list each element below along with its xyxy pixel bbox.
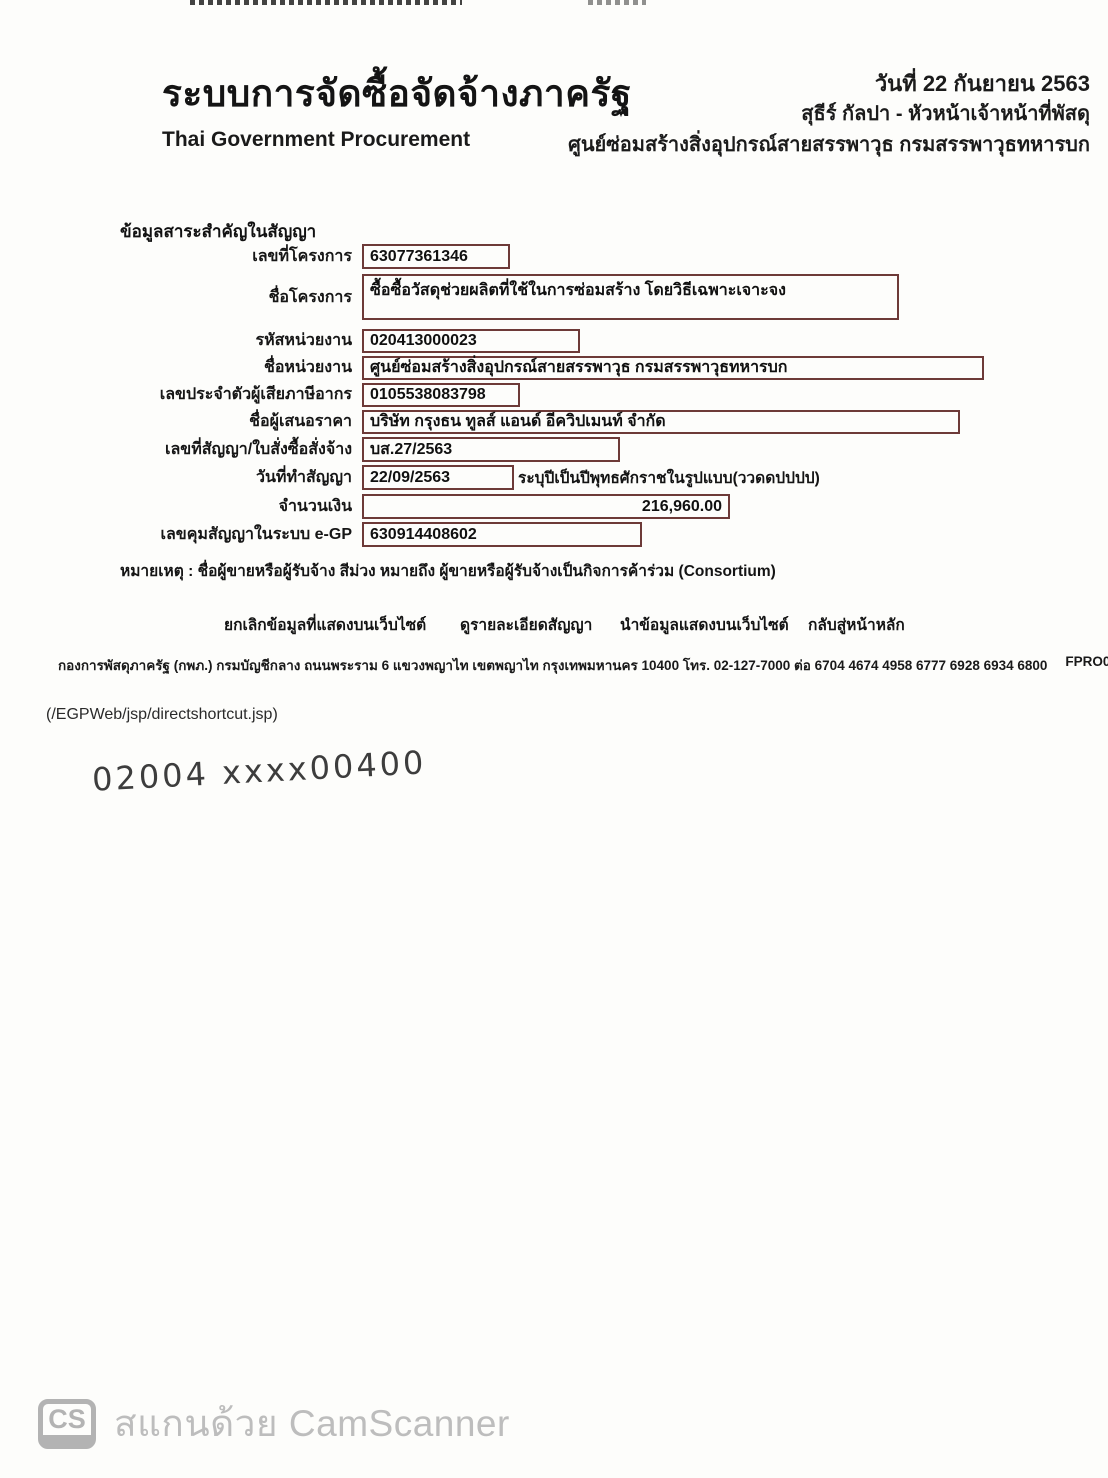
egp-control-number-field[interactable]: 630914408602 xyxy=(362,522,642,547)
camscanner-watermark: CS สแกนด้วย CamScanner xyxy=(38,1394,510,1453)
form-row-project-name: ชื่อโครงการ ซื้อซื้อวัสดุช่วยผลิตที่ใช้ใ… xyxy=(52,274,899,320)
bidder-name-field[interactable]: บริษัท กรุงธน ทูลส์ แอนด์ อีควิปเมนท์ จำ… xyxy=(362,410,960,434)
field-label: ชื่อโครงการ xyxy=(52,285,352,310)
document-date: วันที่ 22 กันยายน 2563 xyxy=(470,68,1090,99)
back-to-home-button[interactable]: กลับสู่หน้าหลัก xyxy=(808,612,905,637)
agency-code-field[interactable]: 020413000023 xyxy=(362,329,580,353)
field-label: ชื่อหน่วยงาน xyxy=(52,355,352,380)
field-label: วันที่ทำสัญญา xyxy=(52,465,352,490)
project-name-field[interactable]: ซื้อซื้อวัสดุช่วยผลิตที่ใช้ในการซ่อมสร้า… xyxy=(362,274,899,320)
form-row-bidder-name: ชื่อผู้เสนอราคา บริษัท กรุงธน ทูลส์ แอนด… xyxy=(52,409,960,434)
field-value: 0105538083798 xyxy=(370,386,486,404)
field-label: เลขที่สัญญา/ใบสั่งซื้อสั่งจ้าง xyxy=(52,437,352,462)
form-row-tax-id: เลขประจำตัวผู้เสียภาษีอากร 0105538083798 xyxy=(52,382,520,407)
note-suffix: หมายถึง ผู้ขายหรือผู้รับจ้างเป็นกิจการค้… xyxy=(376,563,776,580)
form-row-agency-code: รหัสหน่วยงาน 020413000023 xyxy=(52,328,580,353)
field-label: ชื่อผู้เสนอราคา xyxy=(52,409,352,434)
field-value: 216,960.00 xyxy=(642,498,722,516)
amount-field[interactable]: 216,960.00 xyxy=(362,494,730,519)
contract-number-field[interactable]: บส.27/2563 xyxy=(362,437,620,462)
project-number-field[interactable]: 63077361346 xyxy=(362,244,510,269)
officer-name: สุธีร์ กัลปา - หัวหน้าเจ้าหน้าที่พัสดุ xyxy=(470,99,1090,130)
handwritten-annotation: 02004 xxxx00400 xyxy=(91,743,427,798)
field-value: 22/09/2563 xyxy=(370,469,450,487)
field-value: 630914408602 xyxy=(370,526,477,544)
form-row-contract-number: เลขที่สัญญา/ใบสั่งซื้อสั่งจ้าง บส.27/256… xyxy=(52,437,620,462)
field-label: เลขคุมสัญญาในระบบ e-GP xyxy=(52,522,352,547)
footer-address: กองการพัสดุภาครัฐ (กพภ.) กรมบัญชีกลาง ถน… xyxy=(58,654,1047,676)
field-value: บส.27/2563 xyxy=(370,437,452,462)
form-row-amount: จำนวนเงิน 216,960.00 xyxy=(52,494,730,519)
date-format-hint: ระบุปีเป็นปีพุทธศักราชในรูปแบบ(ววดดปปปป) xyxy=(518,465,820,490)
scan-cutoff-text-fragment xyxy=(588,0,646,5)
page-title-english: Thai Government Procurement xyxy=(162,128,470,152)
form-row-egp-control-number: เลขคุมสัญญาในระบบ e-GP 630914408602 xyxy=(52,522,642,547)
field-value: 020413000023 xyxy=(370,332,477,350)
field-label: รหัสหน่วยงาน xyxy=(52,328,352,353)
page-url-fragment: (/EGPWeb/jsp/directshortcut.jsp) xyxy=(46,706,278,724)
section-title: ข้อมูลสาระสำคัญในสัญญา xyxy=(120,218,316,245)
field-label: เลขประจำตัวผู้เสียภาษีอากร xyxy=(52,382,352,407)
form-code: FPRO0240 xyxy=(1065,654,1108,676)
form-row-project-number: เลขที่โครงการ 63077361346 xyxy=(52,244,510,269)
footer: กองการพัสดุภาครัฐ (กพภ.) กรมบัญชีกลาง ถน… xyxy=(58,654,1048,676)
contract-date-field[interactable]: 22/09/2563 xyxy=(362,465,514,490)
field-label: เลขที่โครงการ xyxy=(52,244,352,269)
camscanner-icon-text: CS xyxy=(48,1404,86,1435)
camscanner-icon-bar xyxy=(42,1435,92,1445)
scan-cutoff-text xyxy=(190,0,462,5)
scanned-document-page: ระบบการจัดซื้อจัดจ้างภาครัฐ Thai Governm… xyxy=(0,0,1108,1478)
field-value: ศูนย์ซ่อมสร้างสิ่งอุปกรณ์สายสรรพาวุธ กรม… xyxy=(370,355,788,380)
cancel-website-data-button[interactable]: ยกเลิกข้อมูลที่แสดงบนเว็บไซต์ xyxy=(224,612,426,637)
field-value: 63077361346 xyxy=(370,248,468,266)
header-right-block: วันที่ 22 กันยายน 2563 สุธีร์ กัลปา - หั… xyxy=(470,68,1090,161)
form-row-agency-name: ชื่อหน่วยงาน ศูนย์ซ่อมสร้างสิ่งอุปกรณ์สา… xyxy=(52,355,984,380)
camscanner-label: สแกนด้วย CamScanner xyxy=(114,1394,510,1453)
tax-id-field[interactable]: 0105538083798 xyxy=(362,383,520,407)
field-value: บริษัท กรุงธน ทูลส์ แอนด์ อีควิปเมนท์ จำ… xyxy=(370,409,666,434)
form-row-contract-date: วันที่ทำสัญญา 22/09/2563 ระบุปีเป็นปีพุท… xyxy=(52,465,820,490)
camscanner-icon: CS xyxy=(38,1399,96,1449)
note-bold-word: สีม่วง xyxy=(340,563,376,580)
field-label: จำนวนเงิน xyxy=(52,494,352,519)
note-prefix: หมายเหตุ : ชื่อผู้ขายหรือผู้รับจ้าง xyxy=(120,563,340,580)
agency-name-field[interactable]: ศูนย์ซ่อมสร้างสิ่งอุปกรณ์สายสรรพาวุธ กรม… xyxy=(362,356,984,380)
department-name: ศูนย์ซ่อมสร้างสิ่งอุปกรณ์สายสรรพาวุธ กรม… xyxy=(470,130,1090,161)
consortium-note: หมายเหตุ : ชื่อผู้ขายหรือผู้รับจ้าง สีม่… xyxy=(120,558,776,583)
field-value: ซื้อซื้อวัสดุช่วยผลิตที่ใช้ในการซ่อมสร้า… xyxy=(370,278,786,303)
view-contract-detail-button[interactable]: ดูรายละเอียดสัญญา xyxy=(460,612,592,637)
publish-website-data-button[interactable]: นำข้อมูลแสดงบนเว็บไซต์ xyxy=(620,612,789,637)
